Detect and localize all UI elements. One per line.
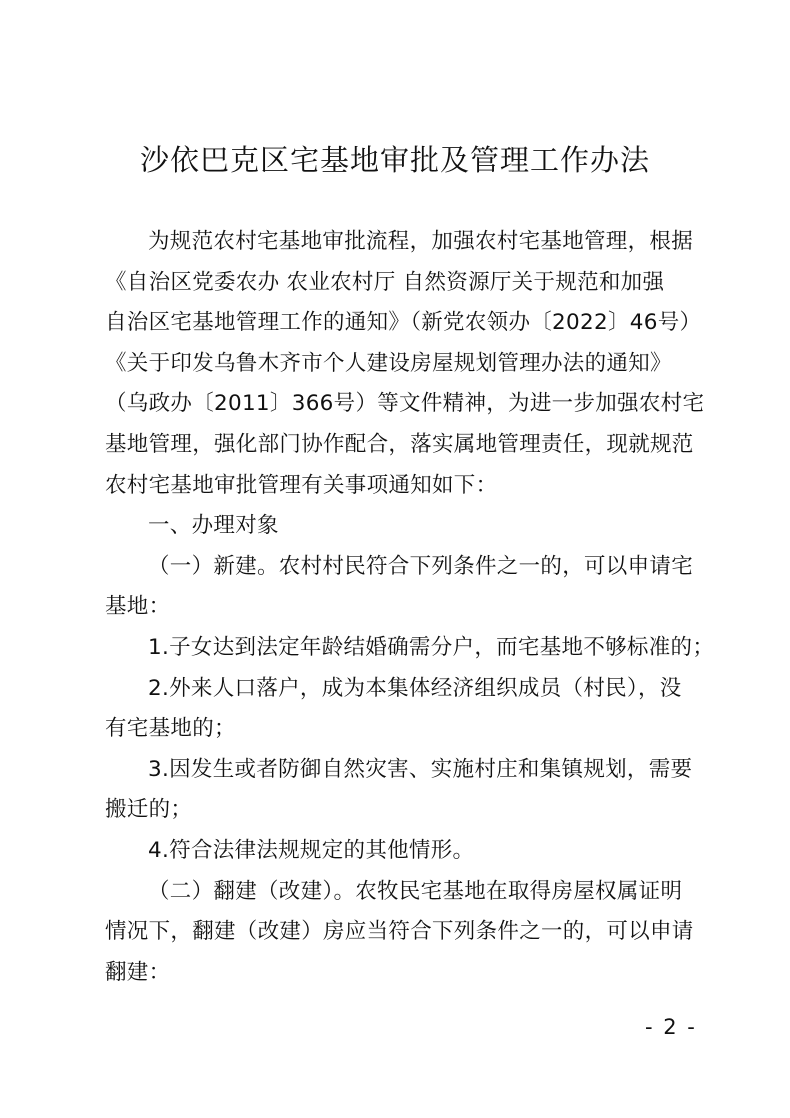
paragraph-line: 自治区宅基地管理工作的通知》（新党农领办〔2022〕46号） (105, 303, 705, 344)
paragraph-line: 基地： (105, 587, 705, 628)
paragraph-line: 《自治区党委农办 农业农村厅 自然资源厅关于规范和加强 (105, 263, 705, 304)
paragraph-line: 基地管理，强化部门协作配合，落实属地管理责任，现就规范 (105, 425, 705, 466)
list-item: 4.符合法律法规规定的其他情形。 (105, 831, 705, 872)
document-body: 为规范农村宅基地审批流程，加强农村宅基地管理，根据 《自治区党委农办 农业农村厅… (105, 222, 705, 993)
document-page: 沙依巴克区宅基地审批及管理工作办法 为规范农村宅基地审批流程，加强农村宅基地管理… (0, 0, 790, 1118)
paragraph-line: 翻建： (105, 953, 705, 994)
section-heading: 一、办理对象 (105, 506, 705, 547)
paragraph-line: 农村宅基地审批管理有关事项通知如下： (105, 466, 705, 507)
document-title: 沙依巴克区宅基地审批及管理工作办法 (0, 138, 790, 182)
paragraph-line: 为规范农村宅基地审批流程，加强农村宅基地管理，根据 (105, 222, 705, 263)
paragraph-line: （乌政办〔2011〕366号）等文件精神，为进一步加强农村宅 (105, 384, 705, 425)
list-item-continuation: 搬迁的； (105, 790, 705, 831)
list-item: 2.外来人口落户，成为本集体经济组织成员（村民），没 (105, 669, 705, 710)
paragraph-line: 《关于印发乌鲁木齐市个人建设房屋规划管理办法的通知》 (105, 344, 705, 385)
list-item-continuation: 有宅基地的； (105, 709, 705, 750)
page-number: - 2 - (645, 1015, 697, 1039)
paragraph-line: 情况下，翻建（改建）房应当符合下列条件之一的，可以申请 (105, 912, 705, 953)
list-item: 1.子女达到法定年龄结婚确需分户，而宅基地不够标准的； (105, 628, 705, 669)
subsection-heading: （一）新建。农村村民符合下列条件之一的，可以申请宅 (105, 547, 705, 588)
list-item: 3.因发生或者防御自然灾害、实施村庄和集镇规划，需要 (105, 750, 705, 791)
subsection-heading: （二）翻建（改建）。农牧民宅基地在取得房屋权属证明 (105, 872, 705, 913)
